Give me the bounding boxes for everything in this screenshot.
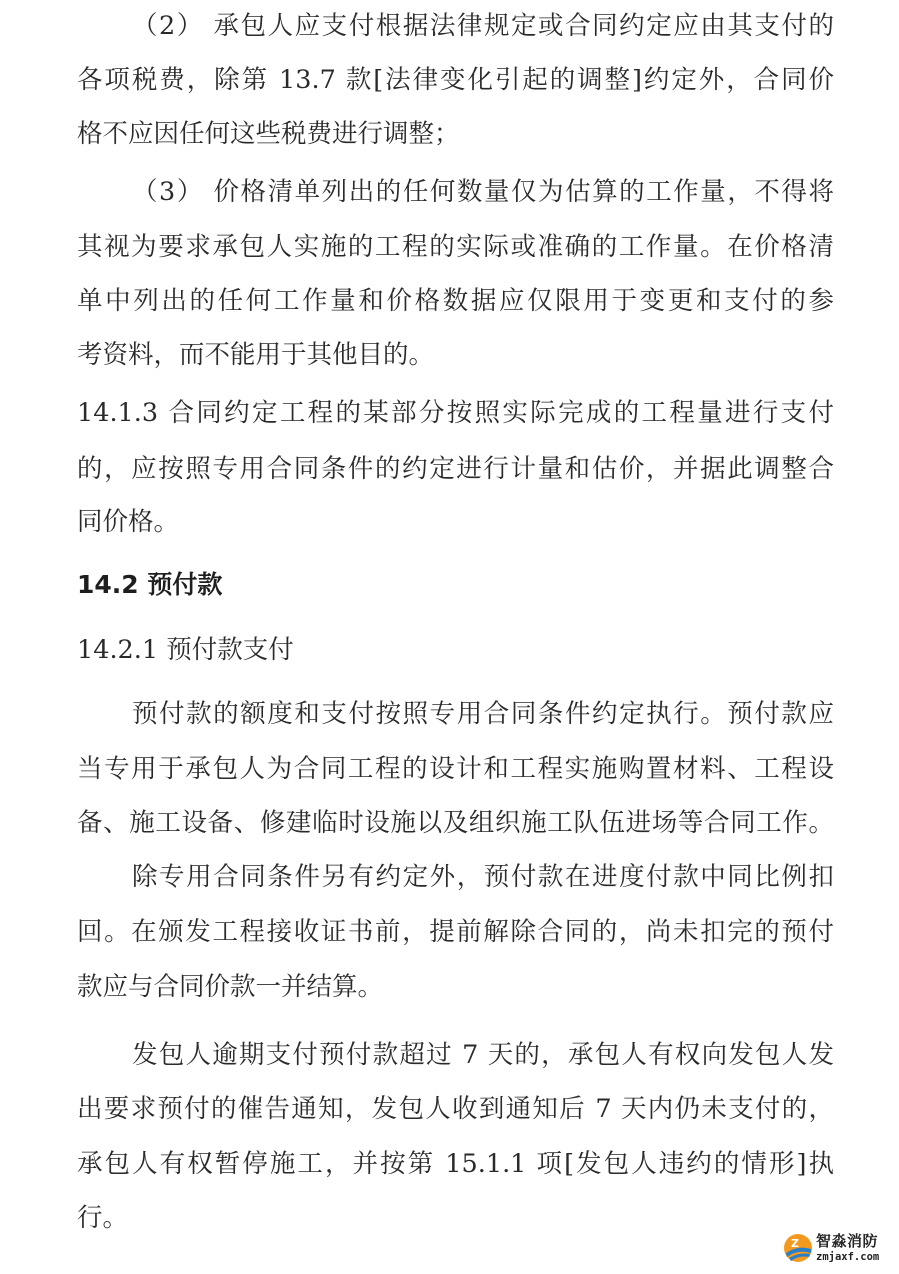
text-line: 各项税费，除第 13.7 款[法律变化引起的调整]约定外，合同价 bbox=[77, 64, 834, 96]
document-page: （2） 承包人应支付根据法律规定或合同约定应由其支付的 各项税费，除第 13.7… bbox=[0, 0, 899, 1274]
text-line: 款应与合同价款一并结算。 bbox=[77, 971, 834, 1003]
text-line: 格不应因任何这些税费进行调整； bbox=[77, 118, 834, 150]
text-line: 单中列出的任何工作量和价格数据应仅限用于变更和支付的参 bbox=[77, 285, 834, 317]
text-line: 当专用于承包人为合同工程的设计和工程实施购置材料、工程设 bbox=[77, 753, 834, 785]
zm-logo-icon: Z bbox=[783, 1233, 813, 1263]
watermark-url: zmjaxf.com bbox=[816, 1252, 879, 1263]
watermark-name: 智淼消防 bbox=[816, 1234, 879, 1249]
subsection-heading-14-2-1: 14.2.1 预付款支付 bbox=[77, 634, 294, 666]
text-line: 14.1.3 合同约定工程的某部分按照实际完成的工程量进行支付 bbox=[77, 397, 834, 429]
text-line: （3） 价格清单列出的任何数量仅为估算的工作量，不得将 bbox=[132, 176, 834, 208]
svg-text:Z: Z bbox=[791, 1237, 799, 1250]
text-line: 发包人逾期支付预付款超过 7 天的，承包人有权向发包人发 bbox=[132, 1039, 834, 1071]
watermark: Z 智淼消防 zmjaxf.com bbox=[783, 1228, 895, 1268]
text-line: 出要求预付的催告通知，发包人收到通知后 7 天内仍未支付的， bbox=[77, 1093, 834, 1125]
text-line: 预付款的额度和支付按照专用合同条件约定执行。预付款应 bbox=[132, 698, 834, 730]
text-line: （2） 承包人应支付根据法律规定或合同约定应由其支付的 bbox=[132, 10, 834, 42]
section-heading-14-2: 14.2 预付款 bbox=[77, 569, 222, 601]
text-line: 除专用合同条件另有约定外，预付款在进度付款中同比例扣 bbox=[132, 861, 834, 893]
text-line: 承包人有权暂停施工，并按第 15.1.1 项[发包人违约的情形]执 bbox=[77, 1148, 834, 1180]
text-line: 考资料，而不能用于其他目的。 bbox=[77, 339, 834, 371]
text-line: 行。 bbox=[77, 1202, 834, 1234]
text-line: 同价格。 bbox=[77, 506, 834, 538]
watermark-text: 智淼消防 zmjaxf.com bbox=[816, 1234, 879, 1263]
text-line: 的，应按照专用合同条件的约定进行计量和估价，并据此调整合 bbox=[77, 453, 834, 485]
text-line: 备、施工设备、修建临时设施以及组织施工队伍进场等合同工作。 bbox=[77, 807, 834, 839]
text-line: 回。在颁发工程接收证书前，提前解除合同的，尚未扣完的预付 bbox=[77, 916, 834, 948]
text-line: 其视为要求承包人实施的工程的实际或准确的工作量。在价格清 bbox=[77, 231, 834, 263]
